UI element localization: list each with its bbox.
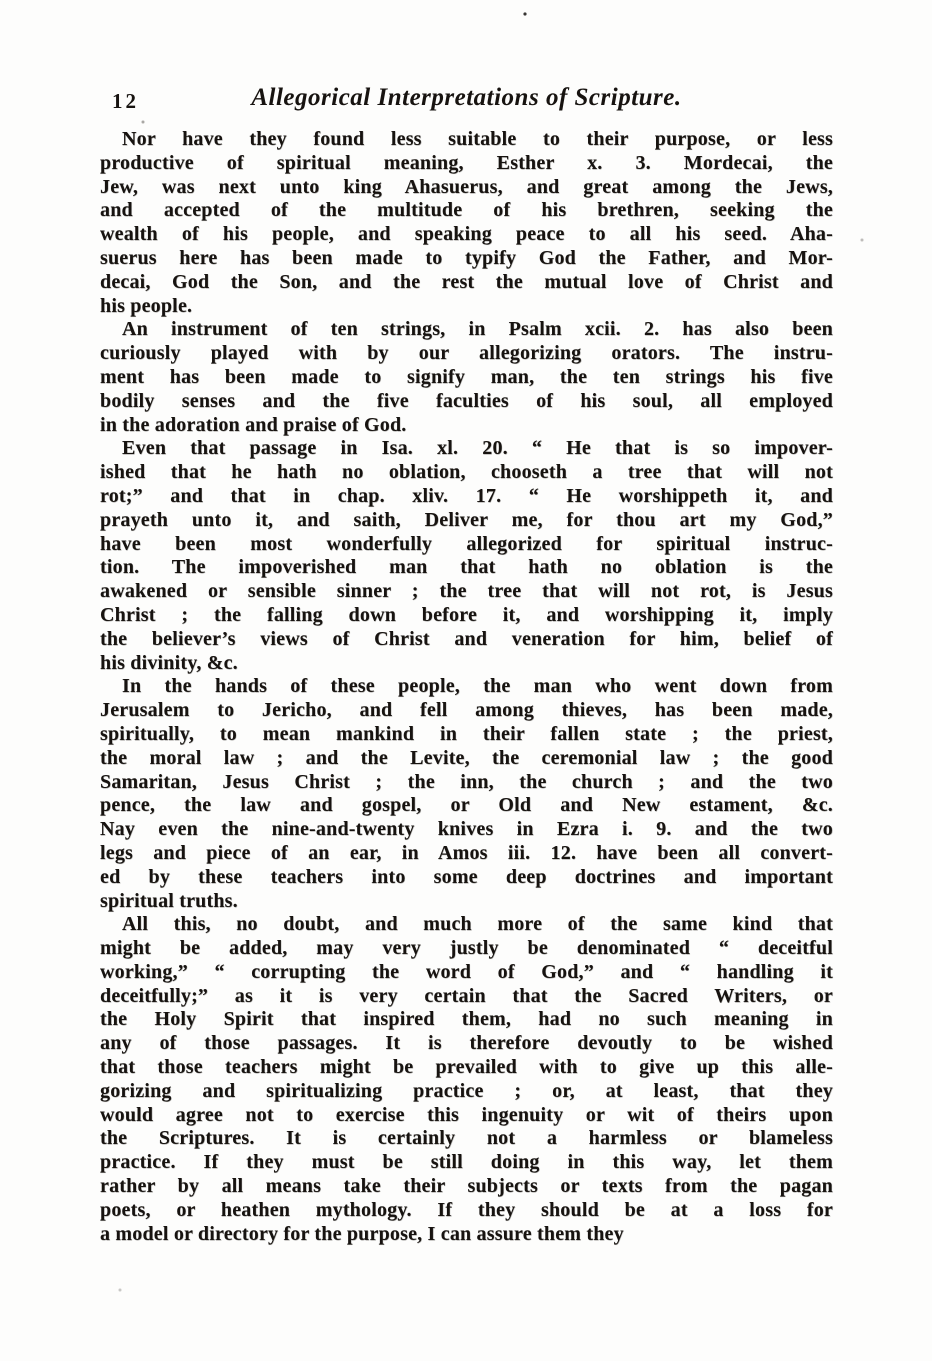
text-line: decai, God the Son, and the rest the mut… [100,271,833,295]
text-line: Jerusalem to Jericho, and fell among thi… [100,699,833,723]
text-line: Samaritan, Jesus Christ ; the inn, the c… [100,771,833,795]
text-line: Christ ; the falling down before it, and… [100,604,833,628]
text-line: spiritually, to mean mankind in their fa… [100,723,833,747]
text-line: productive of spiritual meaning, Esther … [100,152,833,176]
text-line: Nay even the nine-and-twenty knives in E… [100,818,833,842]
paragraph: Even that passage in Isa. xl. 20. “ He t… [100,437,833,675]
text-line: working,” “ corrupting the word of God,”… [100,961,833,985]
text-line: Nor have they found less suitable to the… [100,128,833,152]
text-line: ished that he hath no oblation, chooseth… [100,461,833,485]
text-line: his divinity, &c. [100,652,833,676]
text-line: poets, or heathen mythology. If they sho… [100,1199,833,1223]
text-line: practice. If they must be still doing in… [100,1151,833,1175]
text-line: his people. [100,295,833,319]
text-line: legs and piece of an ear, in Amos iii. 1… [100,842,833,866]
text-line: In the hands of these people, the man wh… [100,675,833,699]
paragraph: All this, no doubt, and much more of the… [100,913,833,1246]
running-title: Allegorical Interpretations of Scripture… [100,84,833,112]
text-line: the believer’s views of Christ and vener… [100,628,833,652]
text-line: have been most wonderfully allegorized f… [100,533,833,557]
text-line: wealth of his people, and speaking peace… [100,223,833,247]
paragraph: An instrument of ten strings, in Psalm x… [100,318,833,437]
text-line: ment has been made to signify man, the t… [100,366,833,390]
text-line: and accepted of the multitude of his bre… [100,199,833,223]
text-line: rot;” and that in chap. xliv. 17. “ He w… [100,485,833,509]
text-line: prayeth unto it, and saith, Deliver me, … [100,509,833,533]
text-line: tion. The impoverished man that hath no … [100,556,833,580]
text-line: the Scriptures. It is certainly not a ha… [100,1127,833,1151]
body-text: Nor have they found less suitable to the… [100,128,833,1246]
text-line: Jew, was next unto king Ahasuerus, and g… [100,176,833,200]
paragraph: Nor have they found less suitable to the… [100,128,833,318]
text-line: suerus here has been made to typify God … [100,247,833,271]
text-line: gorizing and spiritualizing practice ; o… [100,1080,833,1104]
text-line: pence, the law and gospel, or Old and Ne… [100,794,833,818]
text-line: that those teachers might be prevailed w… [100,1056,833,1080]
text-line: spiritual truths. [100,890,833,914]
text-line: in the adoration and praise of God. [100,414,833,438]
book-page: 12 Allegorical Interpretations of Script… [0,0,932,1361]
text-line: might be added, may very justly be denom… [100,937,833,961]
text-line: the Holy Spirit that inspired them, had … [100,1008,833,1032]
text-line: All this, no doubt, and much more of the… [100,913,833,937]
text-line: rather by all means take their subjects … [100,1175,833,1199]
text-line: awakened or sensible sinner ; the tree t… [100,580,833,604]
text-line: curiously played with by our allegorizin… [100,342,833,366]
text-line: would agree not to exercise this ingenui… [100,1104,833,1128]
page-header: 12 Allegorical Interpretations of Script… [100,84,833,116]
text-line: ed by these teachers into some deep doct… [100,866,833,890]
text-line: the moral law ; and the Levite, the cere… [100,747,833,771]
text-line: any of those passages. It is therefore d… [100,1032,833,1056]
text-line: Even that passage in Isa. xl. 20. “ He t… [100,437,833,461]
paragraph: In the hands of these people, the man wh… [100,675,833,913]
text-line: bodily senses and the five faculties of … [100,390,833,414]
text-line: a model or directory for the purpose, I … [100,1223,833,1247]
text-line: An instrument of ten strings, in Psalm x… [100,318,833,342]
text-line: deceitfully;” as it is very certain that… [100,985,833,1009]
